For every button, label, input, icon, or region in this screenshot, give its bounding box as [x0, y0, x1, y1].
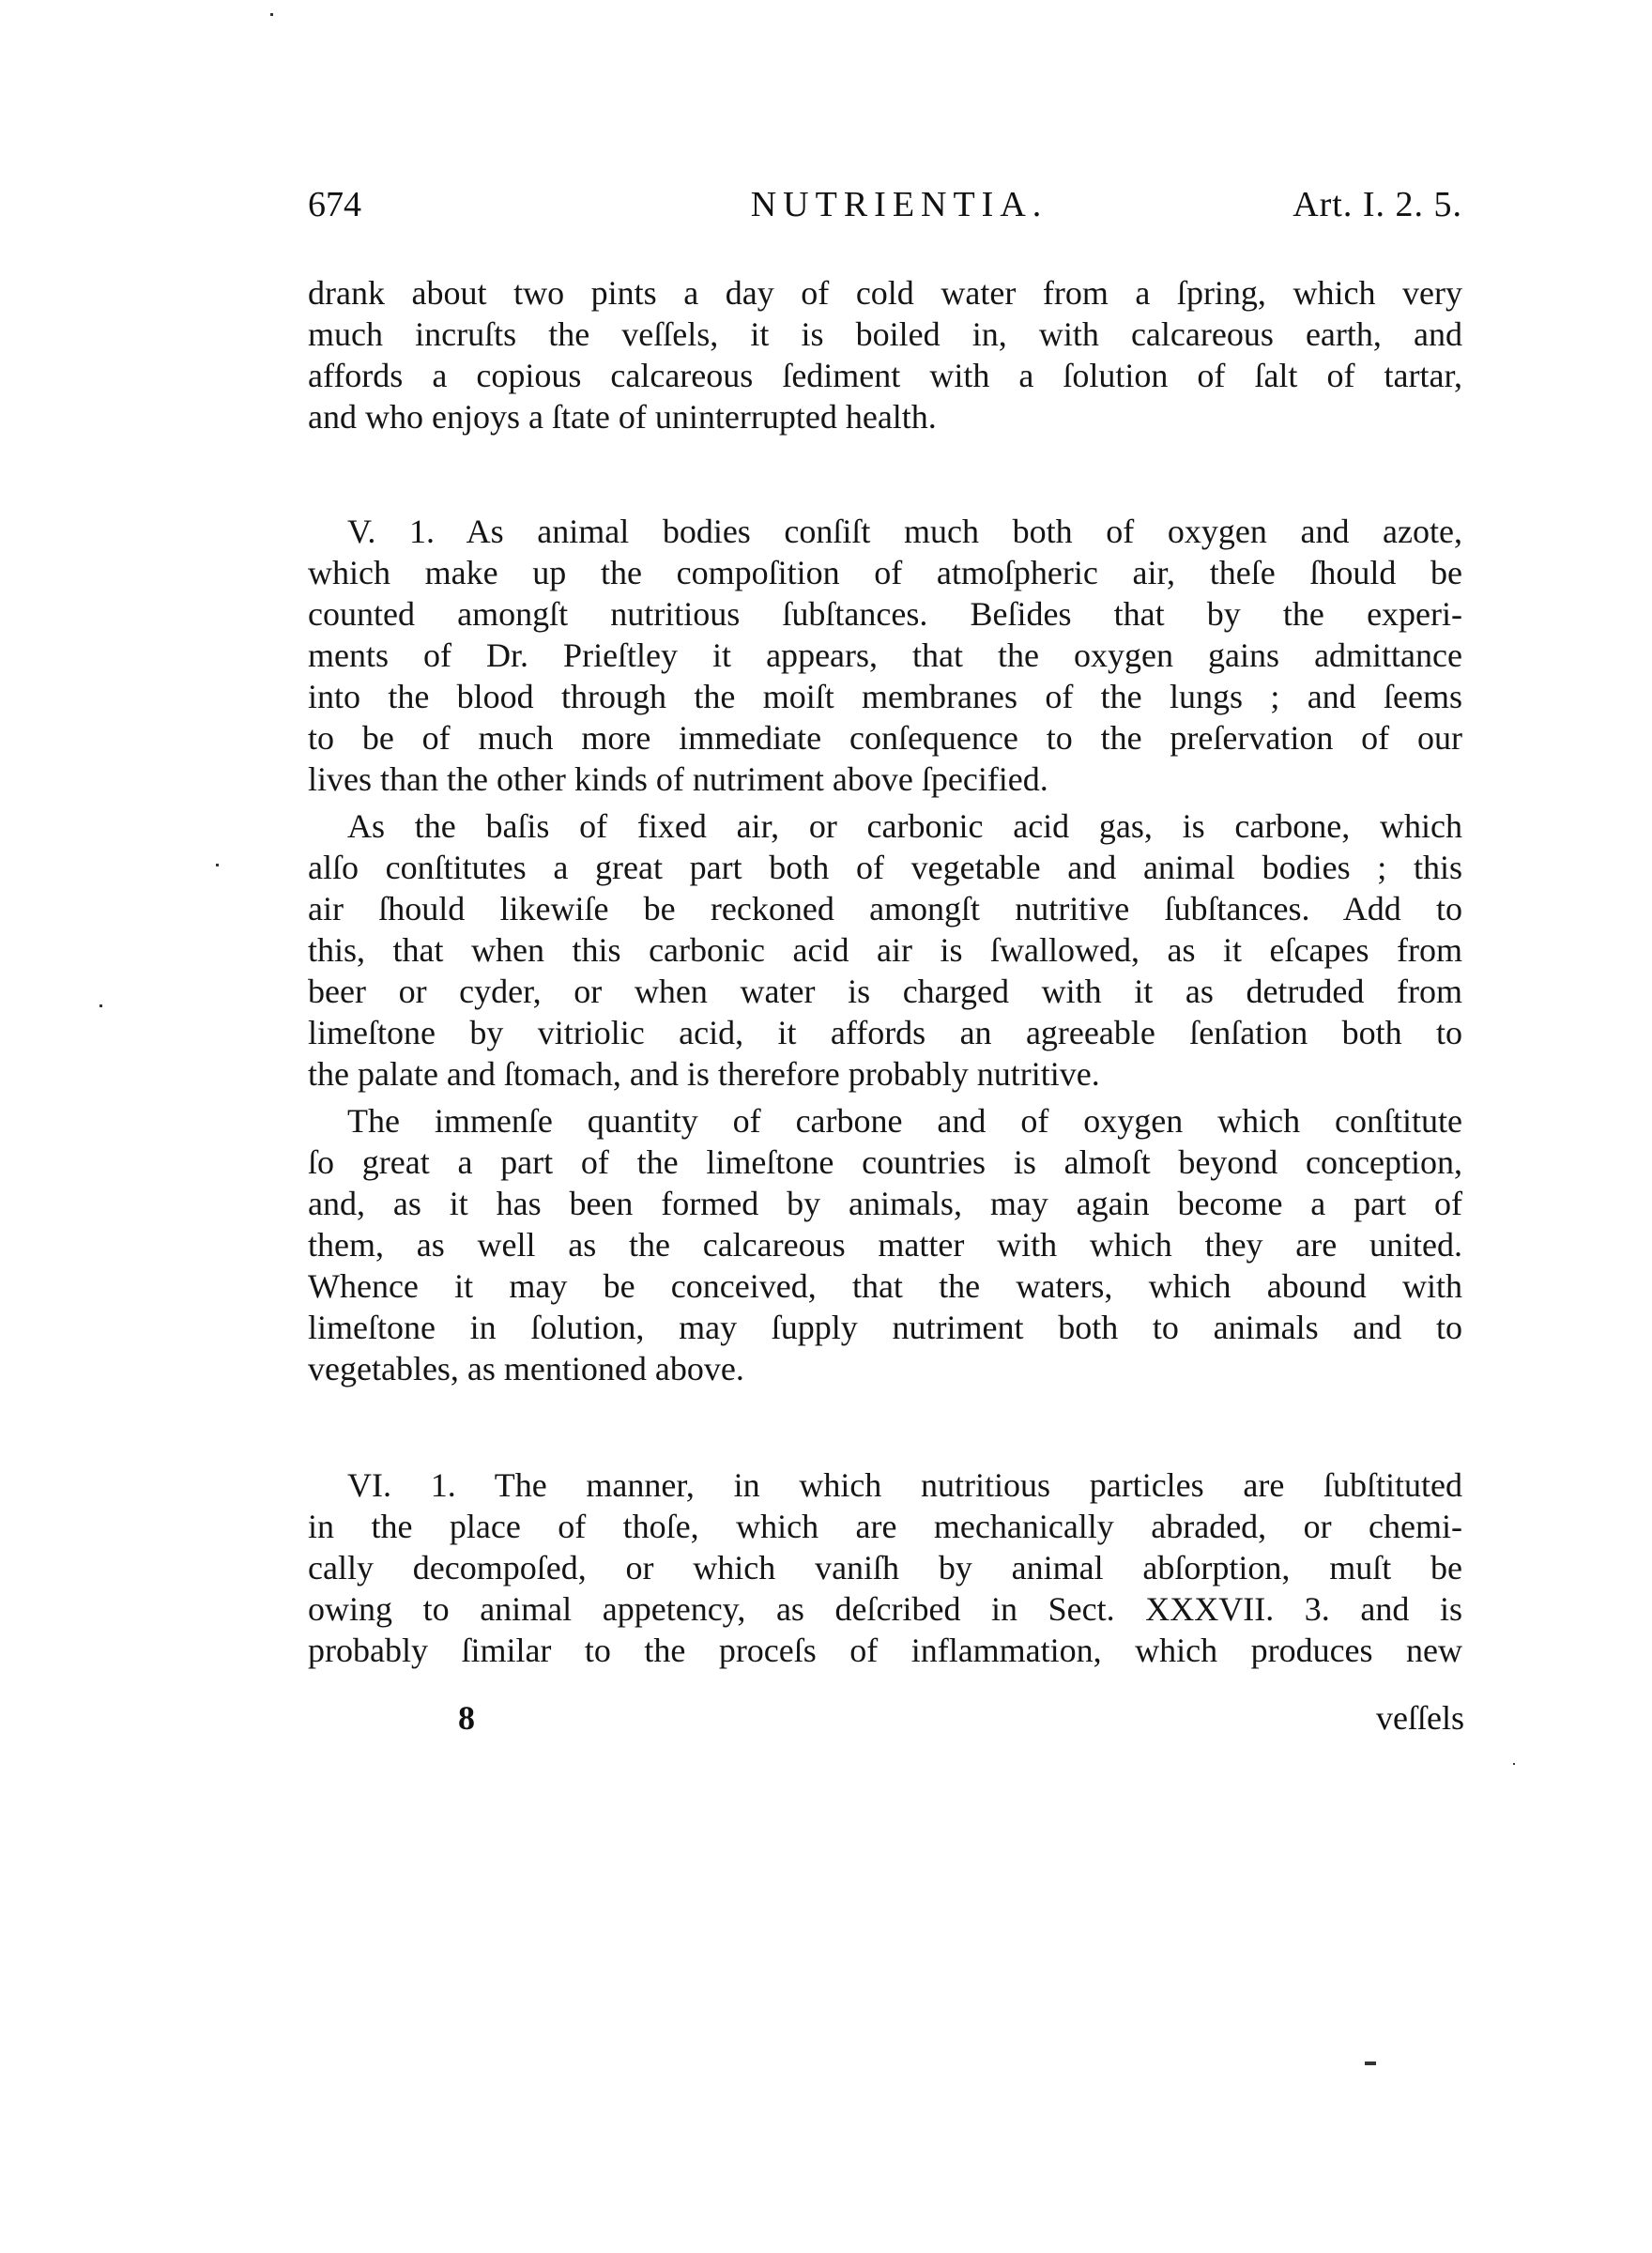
text-line: ſo great a part of the limeſtone countri… — [308, 1142, 1462, 1185]
text-line: counted amongſt nutritious ſubſtances. B… — [308, 593, 1462, 636]
text-line: in the place of thoſe, which are mechani… — [308, 1506, 1462, 1549]
text-line: this, that when this carbonic acid air i… — [308, 929, 1462, 973]
text-line: and who enjoys a ſtate of uninterrupted … — [308, 396, 1462, 439]
scan-speck — [99, 1004, 102, 1007]
text-line: into the blood through the moiſt membran… — [308, 676, 1462, 719]
scan-speck — [270, 13, 273, 16]
running-title: NUTRIENTIA. — [683, 184, 1115, 225]
text-line: limeſtone by vitriolic acid, it affords … — [308, 1012, 1462, 1055]
text-line: Whence it may be conceived, that the wat… — [308, 1265, 1462, 1309]
text-line: cally decompoſed, or which vaniſh by ani… — [308, 1547, 1462, 1590]
text-line: much incruſts the veſſels, it is boiled … — [308, 314, 1462, 357]
signature-mark: 8 — [458, 1697, 475, 1739]
text-line: to be of much more immediate conſequence… — [308, 717, 1462, 760]
text-line: drank about two pints a day of cold wate… — [308, 272, 1462, 315]
scan-speck — [216, 864, 219, 866]
text-line: beer or cyder, or when water is charged … — [308, 971, 1462, 1014]
article-reference: Art. I. 2. 5. — [1293, 184, 1462, 225]
section-heading-line: VI. 1. The manner, in which nutritious p… — [347, 1464, 1462, 1508]
text-line: vegetables, as mentioned above. — [308, 1348, 1462, 1391]
text-line: limeſtone in ſolution, may ſupply nutrim… — [308, 1307, 1462, 1350]
text-line: owing to animal appetency, as deſcribed … — [308, 1588, 1462, 1632]
scan-speck — [1365, 2061, 1376, 2065]
text-line: As the baſis of fixed air, or carbonic a… — [347, 805, 1462, 849]
text-line: which make up the compoſition of atmoſph… — [308, 552, 1462, 595]
text-line: the palate and ſtomach, and is therefore… — [308, 1053, 1462, 1096]
page-number: 674 — [308, 184, 361, 225]
text-line: ments of Dr. Prieſtley it appears, that … — [308, 635, 1462, 678]
text-line: them, as well as the calcareous matter w… — [308, 1224, 1462, 1267]
text-line: affords a copious calcareous ſediment wi… — [308, 355, 1462, 398]
catchword: veſſels — [1376, 1697, 1464, 1739]
book-page: 674 NUTRIENTIA. Art. I. 2. 5. drank abou… — [0, 0, 1652, 2253]
text-line: lives than the other kinds of nutriment … — [308, 759, 1462, 802]
text-line: probably ſimilar to the proceſs of infla… — [308, 1630, 1462, 1673]
text-line: air ſhould likewiſe be reckoned amongſt … — [308, 888, 1462, 931]
section-heading-line: V. 1. As animal bodies conſiſt much both… — [347, 511, 1462, 554]
scan-speck — [1513, 1763, 1515, 1765]
text-line: and, as it has been formed by animals, m… — [308, 1183, 1462, 1226]
running-header: 674 NUTRIENTIA. Art. I. 2. 5. — [308, 184, 1462, 240]
text-line: alſo conſtitutes a great part both of ve… — [308, 847, 1462, 890]
text-line: The immenſe quantity of carbone and of o… — [347, 1100, 1462, 1143]
